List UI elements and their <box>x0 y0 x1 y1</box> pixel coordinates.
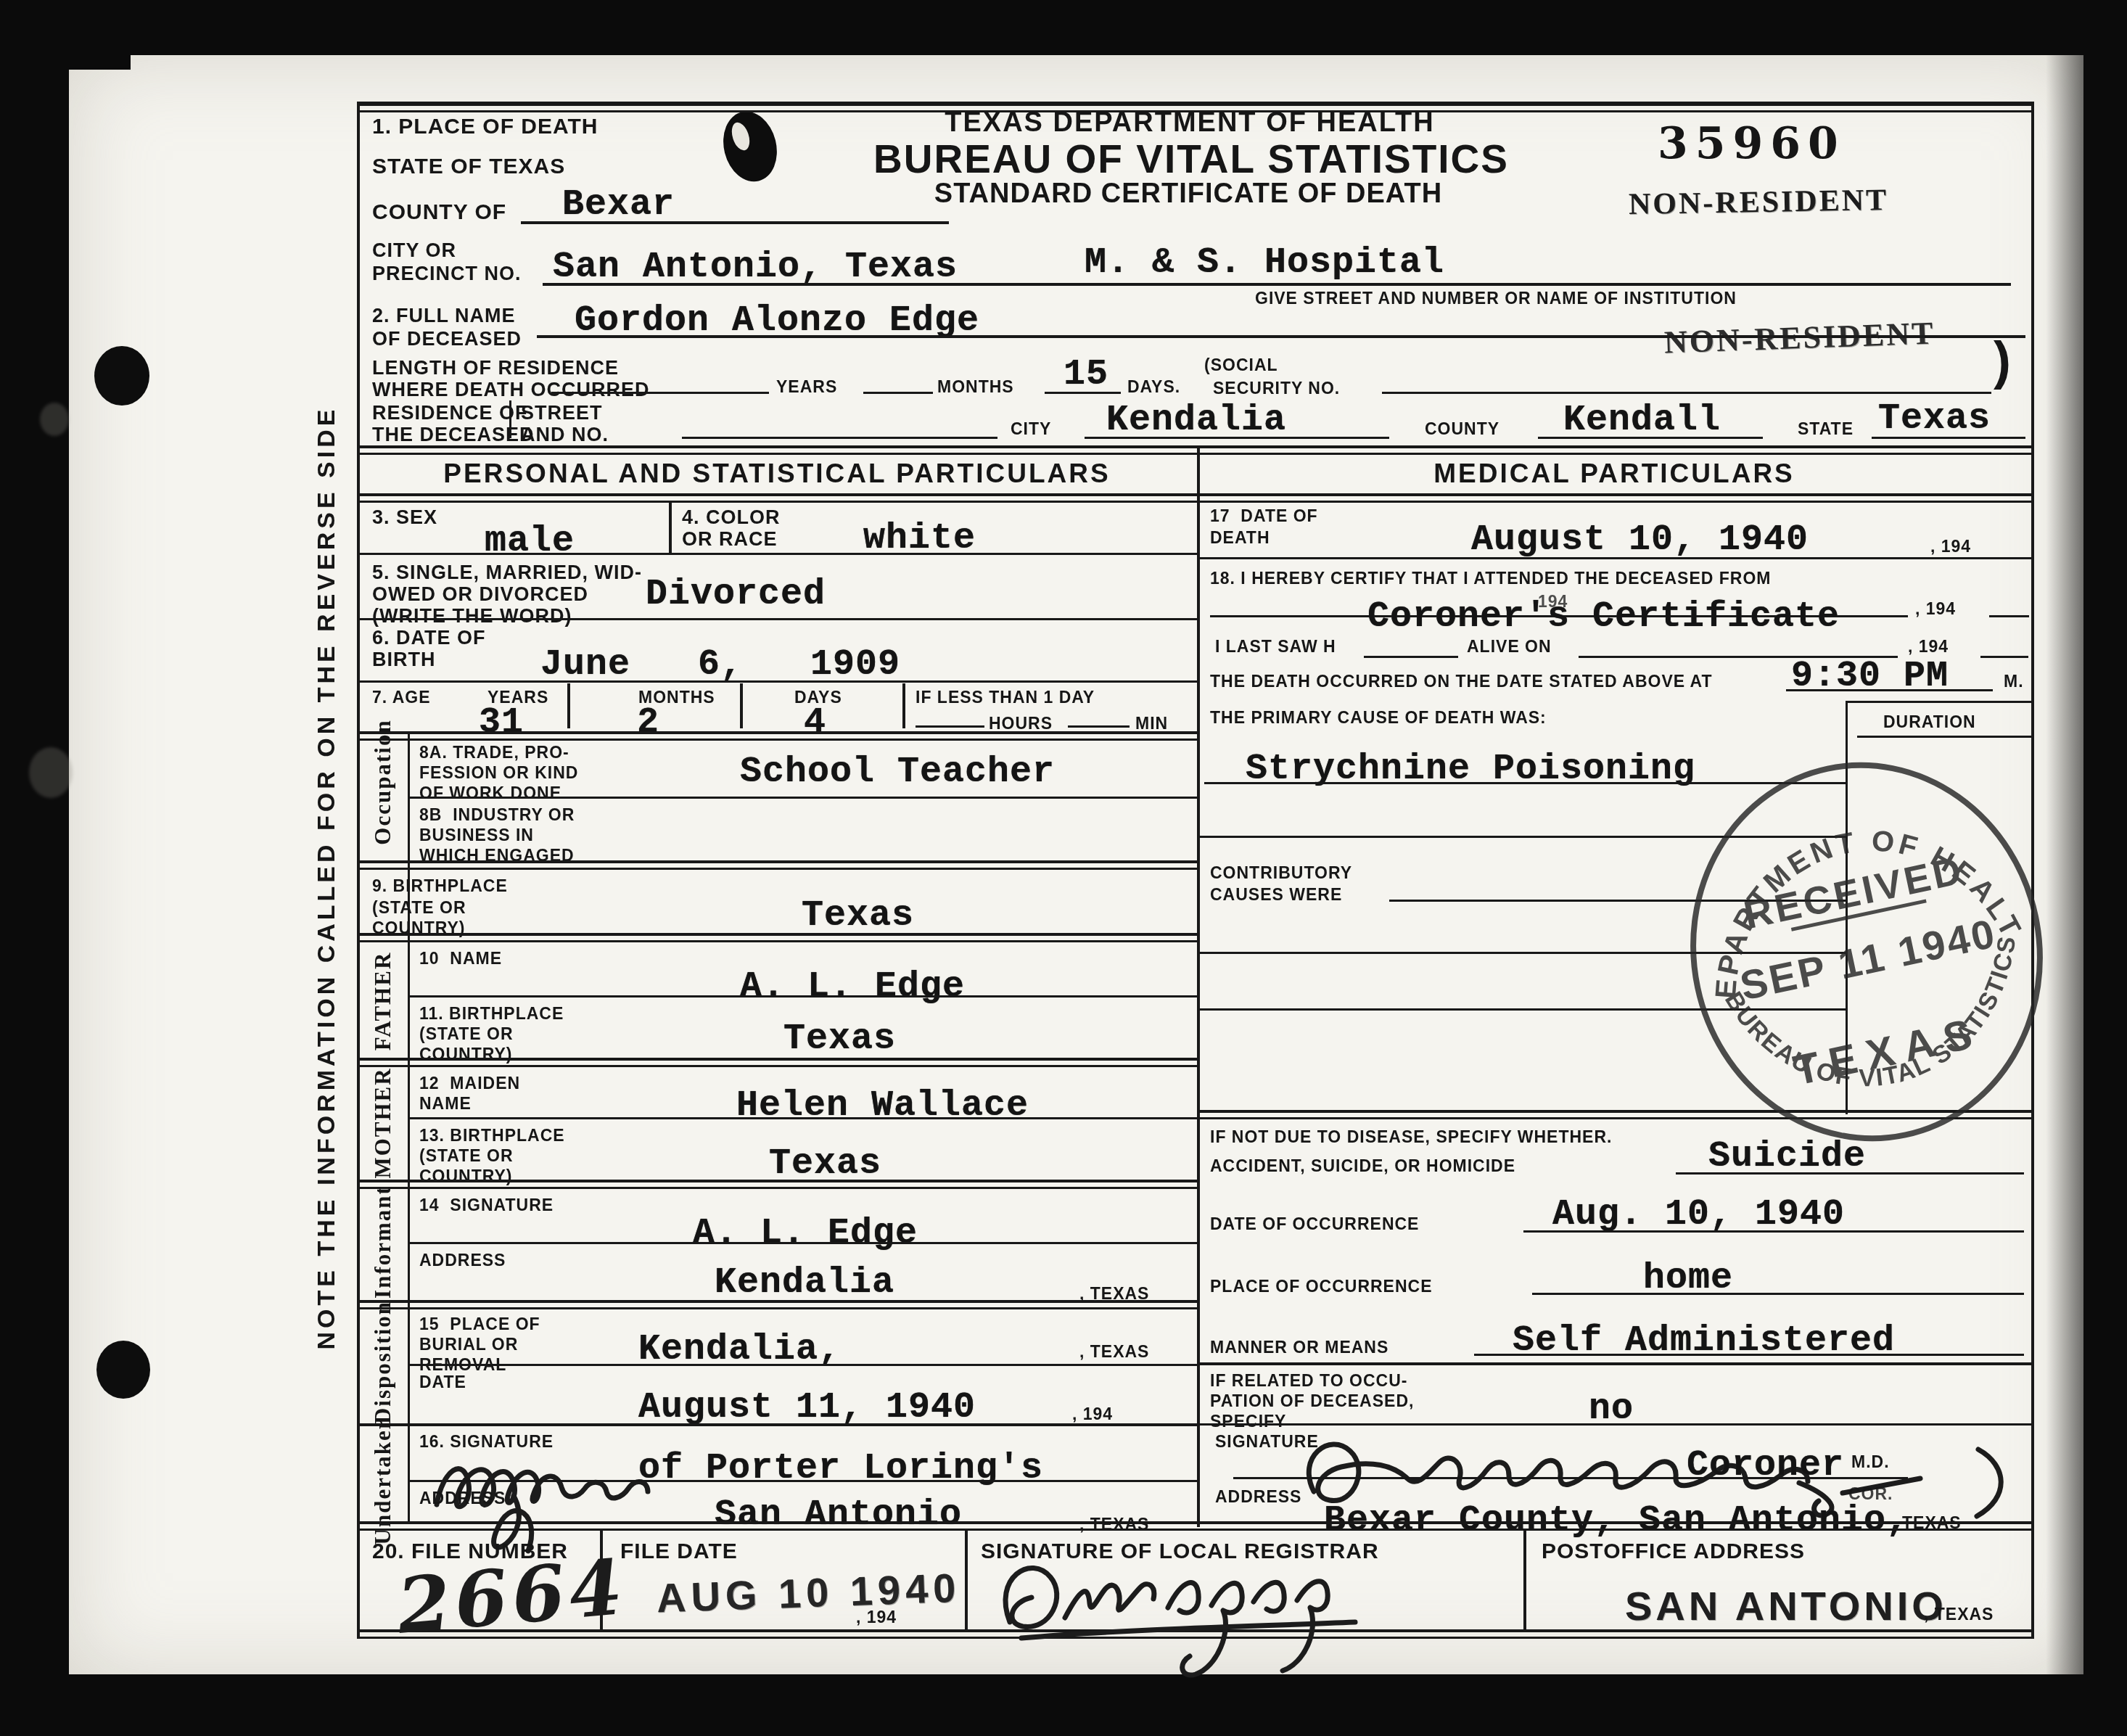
dept-title: TEXAS DEPARTMENT OF HEALTH <box>945 109 1434 136</box>
birthplace-value: Texas <box>802 898 914 934</box>
father-bp-value: Texas <box>783 1021 896 1058</box>
section-underline2 <box>357 501 2033 503</box>
smudge-mark <box>40 403 69 436</box>
mother-bp-label-1: 13. BIRTHPLACE <box>419 1127 565 1144</box>
social-label-2: SECURITY NO. <box>1213 380 1340 397</box>
row14-line <box>408 1242 1197 1244</box>
street-label-1: STREET <box>521 403 603 423</box>
addr-label: ADDRESS <box>1215 1489 1301 1505</box>
if-not-due-label: IF NOT DUE TO DISEASE, SPECIFY WHETHER. <box>1210 1129 1612 1145</box>
certify-label: 18. I HEREBY CERTIFY THAT I ATTENDED THE… <box>1210 570 1771 587</box>
res-city-value: Kendalia <box>1106 403 1286 439</box>
bureau-title: BUREAU OF VITAL STATISTICS <box>873 139 1509 179</box>
row3-line <box>357 553 1197 555</box>
po-state: , TEXAS <box>1924 1606 1994 1623</box>
row11-line2 <box>357 1065 1197 1067</box>
last-saw-label-1: I LAST SAW H <box>1215 638 1336 655</box>
days-label: DAYS. <box>1127 379 1180 395</box>
sig14-label: 14 SIGNATURE <box>419 1197 554 1214</box>
file-date-suffix: , 194 <box>856 1609 897 1626</box>
trade-label-1: 8A. TRADE, PRO- <box>419 744 569 761</box>
punch-hole-left-1 <box>94 346 149 406</box>
institution-value: M. & S. Hospital <box>1085 245 1444 281</box>
received-stamp: DEPARTMENT OF HEALTH BUREAU OF VITAL STA… <box>1682 756 2052 1148</box>
row10-line <box>408 995 1197 997</box>
years-underline <box>551 392 769 394</box>
months-underline <box>863 392 933 394</box>
addr14-label: ADDRESS <box>419 1252 506 1269</box>
row9-line1 <box>357 933 1197 936</box>
years-label: YEARS <box>776 379 837 395</box>
county-value: Bexar <box>562 187 675 223</box>
file-number-handwriting: 2664 <box>398 1557 615 1644</box>
date-occ-value: Aug. 10, 1940 <box>1552 1197 1845 1233</box>
bottom-band-line2 <box>357 1529 2033 1531</box>
scan-border-left <box>0 0 67 1736</box>
scan-border-top <box>0 0 2127 55</box>
sex-label: 3. SEX <box>372 508 437 527</box>
undertaker-side-label: Undertaker <box>371 1418 394 1545</box>
reverse-side-note: NOTE THE INFORMATION CALLED FOR ON THE R… <box>314 406 339 1350</box>
marital-value: Divorced <box>646 577 826 613</box>
po-value: SAN ANTONIO <box>1625 1586 1947 1626</box>
duration-bottom-line <box>1857 736 2031 738</box>
place-occ-underline <box>1532 1293 2024 1295</box>
residence-divider <box>509 400 511 438</box>
side-label-divider <box>408 731 410 1521</box>
row8a-line <box>408 797 1197 799</box>
res-deceased-label-1: RESIDENCE OF <box>372 403 528 423</box>
color-label-1: 4. COLOR <box>682 508 781 527</box>
accident-value: Suicide <box>1708 1139 1866 1175</box>
place-occ-label: PLACE OF OCCURRENCE <box>1210 1278 1433 1295</box>
burial-value: Kendalia, <box>638 1332 841 1368</box>
ssn-underline <box>1382 392 1991 394</box>
sex-color-divider <box>669 501 672 553</box>
certify-value: Coroner's Certificate <box>1367 599 1840 635</box>
hours-label: HOURS <box>989 715 1053 732</box>
state-of-texas-label: STATE OF TEXAS <box>372 156 565 178</box>
burial-date-value: August 11, 1940 <box>638 1390 976 1426</box>
place-of-death-label: 1. PLACE OF DEATH <box>372 116 598 138</box>
res-county-underline <box>1538 437 1763 439</box>
marital-label-1: 5. SINGLE, MARRIED, WID- <box>372 563 642 583</box>
certificate-number: 35960 <box>1658 122 1846 165</box>
city-label-2: PRECINCT NO. <box>372 264 522 284</box>
social-label-1: (SOCIAL <box>1204 357 1278 374</box>
city-underline <box>543 283 2011 286</box>
marital-label-2: OWED OR DIVORCED <box>372 585 588 604</box>
residence-label-2: WHERE DEATH OCCURRED <box>372 380 650 400</box>
social-close-paren: ) <box>1994 335 2011 387</box>
dob-label-2: BIRTH <box>372 650 436 670</box>
last-saw-label-2: ALIVE ON <box>1467 638 1552 655</box>
accident-label: ACCIDENT, SUICIDE, OR HOMICIDE <box>1210 1158 1515 1175</box>
min-underline <box>1068 725 1130 728</box>
res-county-value: Kendall <box>1563 403 1721 439</box>
non-resident-stamp-1: NON-RESIDENT <box>1629 185 1889 220</box>
street-label-2: AND NO. <box>521 425 609 445</box>
burial-state: , TEXAS <box>1079 1344 1149 1360</box>
city-value: San Antonio, Texas <box>553 250 958 286</box>
dod-suffix: , 194 <box>1930 538 1971 555</box>
standard-title: STANDARD CERTIFICATE OF DEATH <box>934 180 1442 207</box>
related-label-2: PATION OF DECEASED, <box>1210 1393 1414 1410</box>
full-name-label-1: 2. FULL NAME <box>372 306 516 326</box>
county-label: COUNTY OF <box>372 202 506 223</box>
registrar-signature-handwriting <box>978 1537 1529 1689</box>
industry-label-1: 8B INDUSTRY OR <box>419 807 575 823</box>
mother-bp-label-2: (STATE OR <box>419 1148 514 1164</box>
signature-md-label: M.D. <box>1851 1454 1890 1470</box>
date-occ-label: DATE OF OCCURRENCE <box>1210 1216 1419 1233</box>
row17-line <box>1197 557 2031 559</box>
manner-label: MANNER OR MEANS <box>1210 1339 1388 1356</box>
related-label-3: SPECIFY <box>1210 1413 1286 1430</box>
age-label: 7. AGE <box>372 689 431 706</box>
svg-text:2664: 2664 <box>393 1542 630 1651</box>
punch-hole-left-2 <box>96 1341 150 1399</box>
row16-line <box>408 1480 1197 1482</box>
row15date-line <box>357 1423 1197 1426</box>
occurred-suffix: M. <box>2004 673 2024 690</box>
disposition-side-label: Disposition <box>371 1301 394 1424</box>
section-underline1 <box>357 493 2033 496</box>
birthplace-label-2: (STATE OR <box>372 900 466 916</box>
row7-line1 <box>357 731 1197 734</box>
trade-value: School Teacher <box>740 754 1055 791</box>
row13-line1 <box>357 1180 1197 1182</box>
trade-label-2: FESSION OR KIND <box>419 765 578 781</box>
father-side-label: FATHER <box>371 952 394 1051</box>
res-county-label: COUNTY <box>1425 421 1499 437</box>
age-divider-2 <box>740 683 743 728</box>
full-name-value: Gordon Alonzo Edge <box>575 303 979 340</box>
duration-label: DURATION <box>1883 714 1976 731</box>
institution-hint: GIVE STREET AND NUMBER OR NAME OF INSTIT… <box>1255 290 1737 307</box>
row11-line1 <box>357 1058 1197 1061</box>
age-years-value: 31 <box>479 705 524 741</box>
dod-label-2: DEATH <box>1210 530 1270 546</box>
street-underline <box>682 437 997 439</box>
row14addr-line2 <box>357 1307 1197 1309</box>
related-label-1: IF RELATED TO OCCU- <box>1210 1373 1407 1389</box>
marital-label-3: (WRITE THE WORD) <box>372 606 572 626</box>
trade-label-3: OF WORK DONE <box>419 785 561 802</box>
row8b-line1 <box>357 860 1197 863</box>
months-label: MONTHS <box>937 379 1014 395</box>
res-city-label: CITY <box>1011 421 1051 437</box>
contributory-label-2: CAUSES WERE <box>1210 886 1342 903</box>
burial-date-label: DATE <box>419 1374 466 1391</box>
row6-line <box>357 680 1197 683</box>
duration-top-line <box>1846 701 2031 703</box>
manner-sep-line <box>1197 1362 2031 1365</box>
po-label: POSTOFFICE ADDRESS <box>1542 1541 1805 1563</box>
res-state-value: Texas <box>1878 401 1991 437</box>
place-occ-value: home <box>1643 1261 1733 1297</box>
county-underline <box>521 221 949 224</box>
form-border-left <box>357 102 360 1638</box>
residence-label-1: LENGTH OF RESIDENCE <box>372 358 619 378</box>
row8b-line2 <box>357 868 1197 870</box>
signature-underline <box>1233 1477 1908 1479</box>
days-value: 15 <box>1063 357 1108 393</box>
father-bp-label-1: 11. BIRTHPLACE <box>419 1005 564 1022</box>
occurred-label: THE DEATH OCCURRED ON THE DATE STATED AB… <box>1210 673 1713 690</box>
hours-underline <box>916 725 984 728</box>
medical-section-title: MEDICAL PARTICULARS <box>1433 460 1795 487</box>
burial-date-suffix: , 194 <box>1072 1406 1113 1423</box>
contributory-label-1: CONTRIBUTORY <box>1210 865 1352 881</box>
min-label: MIN <box>1135 715 1168 732</box>
personal-section-title: PERSONAL AND STATISTICAL PARTICULARS <box>443 460 1110 487</box>
days-underline <box>1045 392 1121 394</box>
accident-underline <box>1676 1172 2024 1175</box>
row5-line <box>357 618 1197 620</box>
row9-line2 <box>357 940 1197 942</box>
burial-label-2: BURIAL OR <box>419 1336 518 1353</box>
row13-line2 <box>357 1187 1197 1189</box>
sig14-value: A. L. Edge <box>693 1216 918 1252</box>
occupation-side-label: Occupation <box>371 719 394 844</box>
occurred-underline <box>1786 689 1993 691</box>
smudge-mark <box>29 747 73 798</box>
birthplace-label-1: 9. BIRTHPLACE <box>372 878 508 894</box>
mother-side-label: MOTHER <box>371 1067 394 1178</box>
res-city-underline <box>1085 437 1389 439</box>
dod-label-1: 17 DATE OF <box>1210 508 1318 524</box>
addr14-value: Kendalia <box>715 1265 894 1301</box>
manner-underline <box>1474 1354 2024 1356</box>
date-occ-underline <box>1523 1230 2024 1233</box>
age-months-value: 2 <box>637 705 659 741</box>
row12-line <box>408 1117 1197 1119</box>
res-state-label: STATE <box>1798 421 1854 437</box>
row14addr-line1 <box>357 1300 1197 1303</box>
maiden-label-1: 12 MAIDEN <box>419 1075 520 1092</box>
full-name-label-2: OF DECEASED <box>372 329 522 349</box>
bottom-divider-2 <box>965 1529 968 1632</box>
last-saw-underline3 <box>1980 656 2028 658</box>
bottom-band-line1 <box>357 1521 2033 1524</box>
age-days-value: 4 <box>804 705 826 741</box>
row7-line2 <box>357 739 1197 741</box>
maiden-label-2: NAME <box>419 1095 472 1112</box>
color-value: white <box>863 521 976 557</box>
last-saw-underline1 <box>1364 656 1458 658</box>
burial-label-1: 15 PLACE OF <box>419 1316 540 1333</box>
father-name-label: 10 NAME <box>419 950 502 967</box>
father-bp-label-2: (STATE OR <box>419 1026 514 1042</box>
if-less-label: IF LESS THAN 1 DAY <box>916 689 1095 706</box>
res-state-underline <box>1872 437 2025 439</box>
mother-bp-value: Texas <box>769 1146 881 1182</box>
dod-value: August 10, 1940 <box>1471 522 1809 559</box>
addr16-label: ADDRESS <box>419 1490 506 1507</box>
file-date-label: FILE DATE <box>620 1541 738 1563</box>
dob-label-1: 6. DATE OF <box>372 628 486 648</box>
dob-value: June 6, 1909 <box>540 647 900 683</box>
form-border-top <box>357 102 2033 106</box>
color-label-2: OR RACE <box>682 530 778 549</box>
age-divider-3 <box>902 683 905 728</box>
city-label-1: CITY OR <box>372 241 456 260</box>
informant-side-label: Informant <box>371 1185 394 1299</box>
section-sep-line1 <box>357 445 2033 448</box>
row15-line <box>408 1364 1197 1366</box>
age-divider-1 <box>567 683 570 728</box>
scan-border-right <box>2083 0 2127 1736</box>
primary-cause-label: THE PRIMARY CAUSE OF DEATH WAS: <box>1210 709 1547 726</box>
file-date-stamp: AUG 10 1940 <box>656 1568 961 1619</box>
last-saw-suffix: , 194 <box>1908 638 1949 655</box>
father-name-value: A. L. Edge <box>740 969 965 1005</box>
section-sep-line2 <box>357 453 2033 455</box>
scanned-death-certificate: NOTE THE INFORMATION CALLED FOR ON THE R… <box>0 0 2127 1736</box>
certify-underline2 <box>1989 615 2029 617</box>
industry-label-2: BUSINESS IN <box>419 827 534 844</box>
certify-suffix: , 194 <box>1915 601 1956 617</box>
